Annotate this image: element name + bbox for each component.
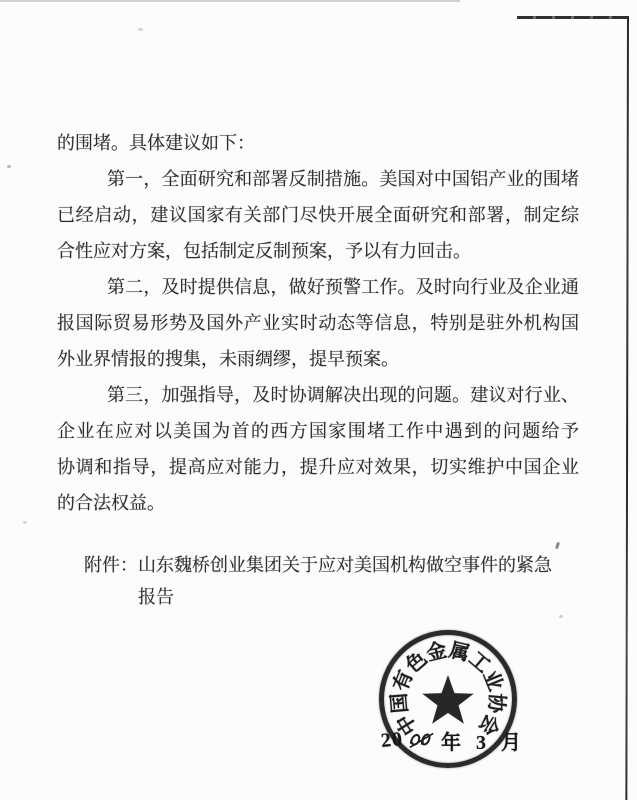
attachment-label: 附件：	[84, 549, 138, 613]
paragraph-3-line: 第三，加强指导，及时协调解决出现的问题。建议对行业、	[57, 377, 579, 413]
paragraph-3-line: 的合法权益。	[57, 485, 579, 521]
star-icon	[421, 674, 475, 728]
paragraph-1-line: 已经启动，建议国家有关部门尽快开展全面研究和部署，制定综	[57, 197, 579, 233]
scan-speck	[138, 28, 143, 31]
scan-edge-artifact-top	[0, 0, 460, 2]
intro-line: 的围堵。具体建议如下：	[57, 125, 579, 161]
scan-border-artifact-vertical	[625, 16, 629, 800]
scanned-document-page: 的围堵。具体建议如下： 第一，全面研究和部署反制措施。美国对中国铝产业的围堵 已…	[0, 0, 637, 800]
scan-speck	[559, 615, 563, 618]
paragraph-2-line: 第二，及时提供信息，做好预警工作。及时向行业及企业通	[57, 269, 579, 305]
document-body: 的围堵。具体建议如下： 第一，全面研究和部署反制措施。美国对中国铝产业的围堵 已…	[57, 125, 579, 521]
attachment-title-line: 山东魏桥创业集团关于应对美国机构做空事件的紧急	[138, 549, 580, 581]
attachment-title: 山东魏桥创业集团关于应对美国机构做空事件的紧急 报告	[138, 549, 580, 613]
paragraph-1-line: 合性应对方案，包括制定反制预案，予以有力回击。	[57, 233, 579, 269]
attachment-block: 附件： 山东魏桥创业集团关于应对美国机构做空事件的紧急 报告	[84, 549, 580, 613]
seal-date-prefix: 20	[380, 727, 404, 752]
scan-speck	[23, 521, 27, 524]
paragraph-1-line: 第一，全面研究和部署反制措施。美国对中国铝产业的围堵	[57, 161, 579, 197]
seal-arc-character: 金	[423, 638, 450, 666]
seal-date-text: 年 3 月	[441, 726, 526, 755]
seal-date: 20 年 3 月	[381, 727, 526, 753]
paragraph-3-line: 协调和指导，提高应对能力，提升应对效果，切实维护中国企业	[57, 449, 579, 485]
paragraph-3-line: 企业在应对以美国为首的西方国家围堵工作中遇到的问题给予	[57, 413, 579, 449]
scan-border-artifact-horizontal	[517, 16, 628, 19]
handwritten-year-scribble-icon	[408, 728, 436, 752]
scan-speck	[7, 165, 11, 168]
attachment-title-line: 报告	[138, 581, 580, 613]
paragraph-2-line: 报国际贸易形势及国外产业实时动态等信息，特别是驻外机构国	[57, 305, 579, 341]
paragraph-2-line: 外业界情报的搜集，未雨绸缪，提早预案。	[57, 341, 579, 377]
